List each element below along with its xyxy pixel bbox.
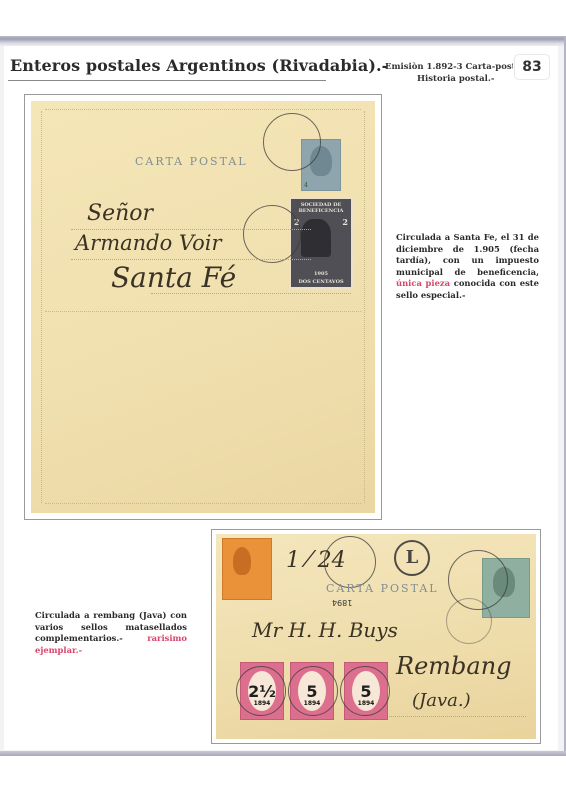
handwriting-city: Santa Fé xyxy=(111,261,236,294)
perforation-bottom xyxy=(45,503,361,504)
postmark-secondary xyxy=(446,598,492,644)
postmark-rembang xyxy=(236,666,286,716)
title-underline xyxy=(8,80,326,81)
registration-L-mark: L xyxy=(394,540,430,576)
postmark-rembang xyxy=(288,666,338,716)
portrait-icon xyxy=(233,547,251,575)
fold-perforation xyxy=(45,311,361,312)
address-line xyxy=(71,229,311,230)
section-subtitle: Historia postal.- xyxy=(417,74,494,84)
postmark-santa-fe-stamp xyxy=(243,205,301,263)
handwriting-region: (Java.) xyxy=(412,690,471,711)
handwriting-addressee: Mr H. H. Buys xyxy=(252,618,398,642)
letter-card-santa-fe: CARTA POSTAL 4 SOCIEDAD DE BENEFICENCIA … xyxy=(31,101,375,513)
caption-santa-fe: Circulada a Santa Fe, el 31 de diciembre… xyxy=(396,232,539,302)
caption-rembang: Circulada a rembang (Java) con varios se… xyxy=(35,610,187,656)
printed-heading: CARTA POSTAL xyxy=(135,155,248,168)
address-line xyxy=(386,716,526,717)
address-line xyxy=(71,259,311,260)
postcard-rembang-mount: 1 ⁄ 24 L CARTA POSTAL 1894 Mr H. H. Buys… xyxy=(211,529,541,744)
perforation-left xyxy=(41,111,42,503)
postmark-rembang xyxy=(340,666,390,716)
album-sleeve-edge xyxy=(0,751,566,756)
address-line xyxy=(151,293,351,294)
orange-rivadavia-stamp xyxy=(222,538,272,600)
postmark-semarang xyxy=(324,536,376,588)
handwriting-addressee: Armando Voir xyxy=(75,231,222,255)
allegory-figure-icon xyxy=(301,219,331,257)
perforation-top xyxy=(45,109,361,110)
letter-card-santa-fe-mount: CARTA POSTAL 4 SOCIEDAD DE BENEFICENCIA … xyxy=(24,94,382,520)
issue-label: Emisiòn 1.892-3 Carta-postal xyxy=(385,62,513,72)
inverted-date: 1894 xyxy=(332,598,352,607)
page-number-badge: 83 xyxy=(514,54,550,80)
caption-highlight: única pieza xyxy=(396,278,450,288)
perforation-right xyxy=(364,111,365,503)
printed-heading: CARTA POSTAL xyxy=(326,582,439,595)
page-title: Enteros postales Argentinos (Rivadabia).… xyxy=(10,56,388,75)
handwriting-salutation: Señor xyxy=(87,201,153,226)
handwriting-city: Rembang xyxy=(396,652,512,680)
postmark-santa-fe-top xyxy=(263,113,321,171)
postcard-rembang: 1 ⁄ 24 L CARTA POSTAL 1894 Mr H. H. Buys… xyxy=(216,534,536,739)
